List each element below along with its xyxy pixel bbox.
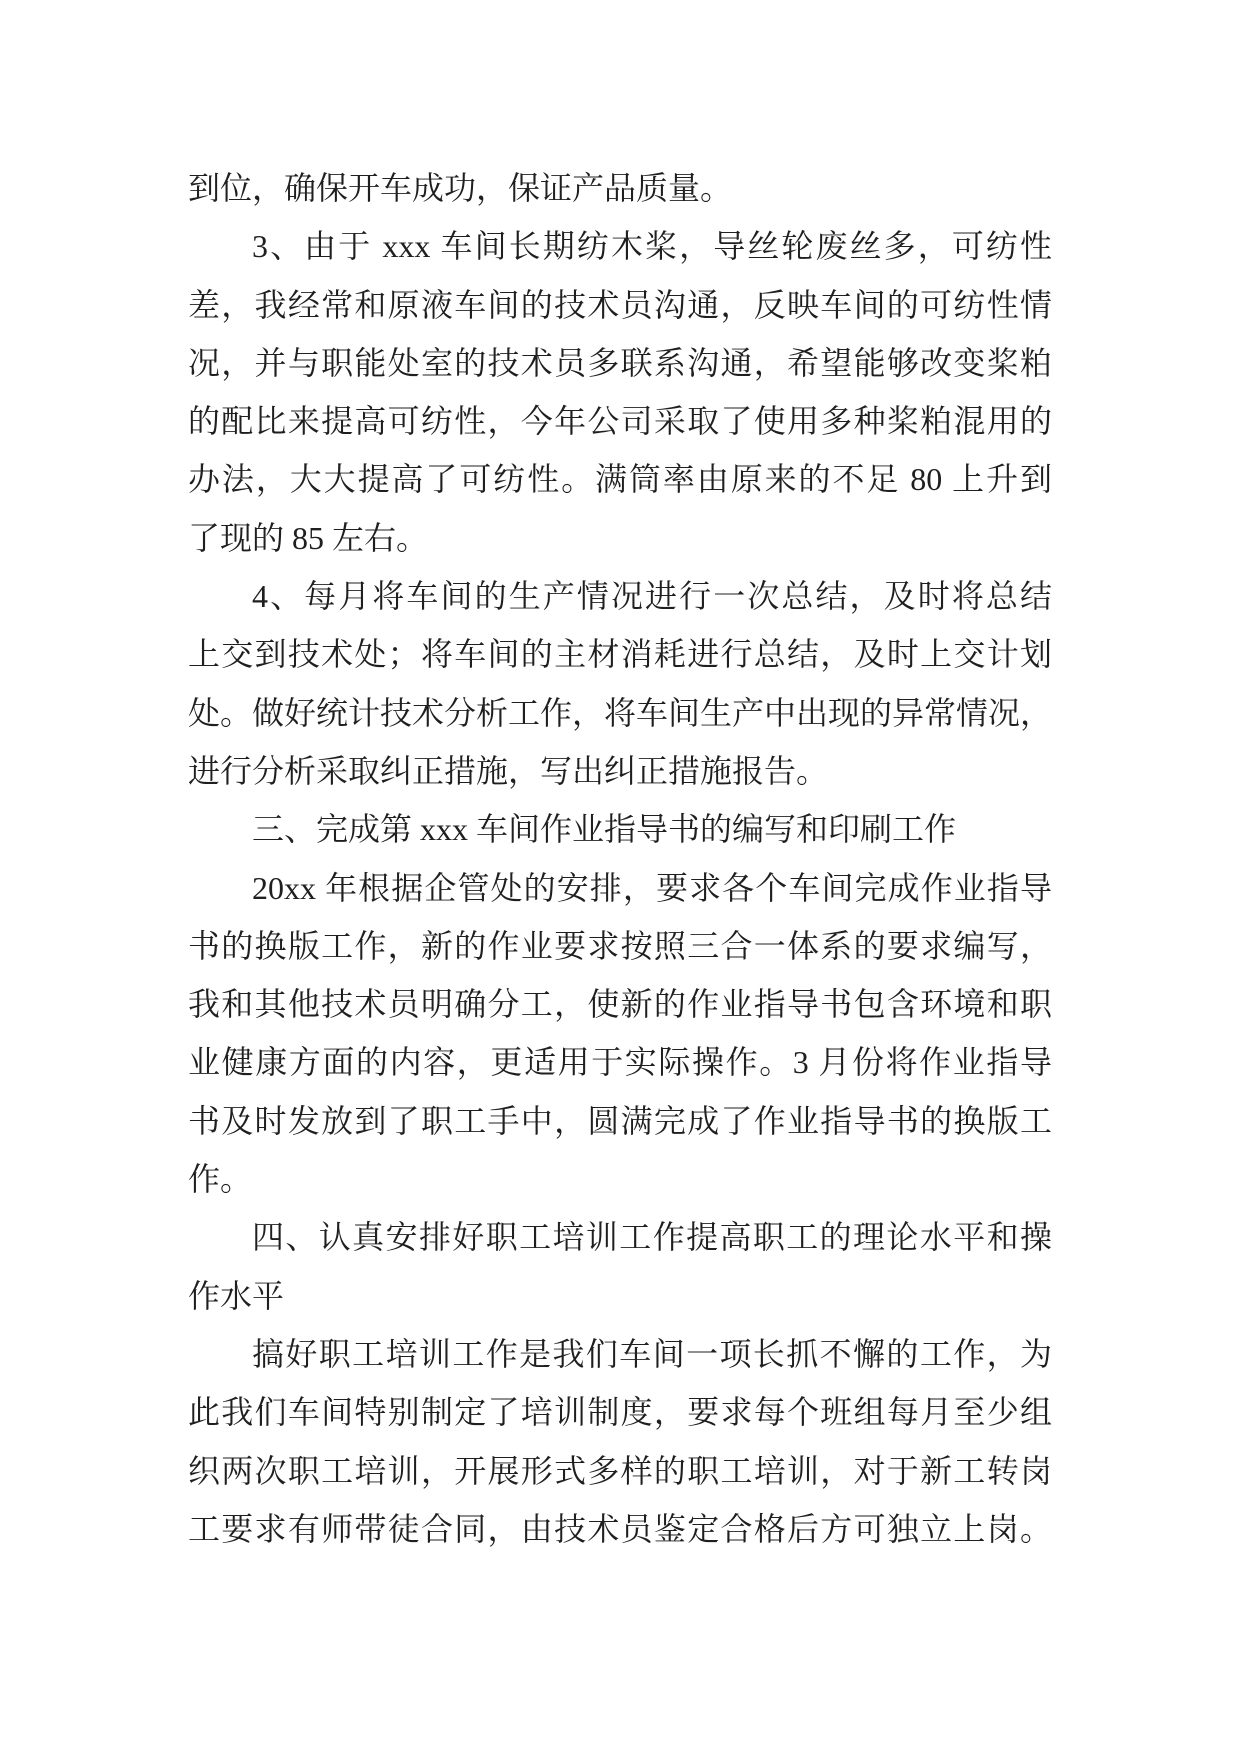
text-line: 20xx 年根据企管处的安排，要求各个车间完成作业指导 bbox=[188, 859, 1052, 917]
text-line: 的配比来提高可纺性，今年公司采取了使用多种桨粕混用的 bbox=[188, 392, 1052, 450]
text-line: 进行分析采取纠正措施，写出纠正措施报告。 bbox=[188, 742, 1052, 800]
text-line: 书及时发放到了职工手中，圆满完成了作业指导书的换版工 bbox=[188, 1092, 1052, 1150]
text-line: 工要求有师带徒合同，由技术员鉴定合格后方可独立上岗。 bbox=[188, 1500, 1052, 1558]
text-line: 此我们车间特别制定了培训制度，要求每个班组每月至少组 bbox=[188, 1383, 1052, 1441]
text-line: 差，我经常和原液车间的技术员沟通，反映车间的可纺性情 bbox=[188, 276, 1052, 334]
text-line: 况，并与职能处室的技术员多联系沟通，希望能够改变桨粕 bbox=[188, 334, 1052, 392]
text-line: 作水平 bbox=[188, 1267, 1052, 1325]
text-line: 4、每月将车间的生产情况进行一次总结，及时将总结 bbox=[188, 567, 1052, 625]
text-line: 办法，大大提高了可纺性。满筒率由原来的不足 80 上升到 bbox=[188, 450, 1052, 508]
text-line: 3、由于 xxx 车间长期纺木桨，导丝轮废丝多，可纺性 bbox=[188, 217, 1052, 275]
text-line section-heading: 四、认真安排好职工培训工作提高职工的理论水平和操 bbox=[188, 1208, 1052, 1266]
text-line section-heading: 三、完成第 xxx 车间作业指导书的编写和印刷工作 bbox=[188, 800, 1052, 858]
text-line: 处。做好统计技术分析工作，将车间生产中出现的异常情况， bbox=[188, 684, 1052, 742]
text-line: 上交到技术处；将车间的主材消耗进行总结，及时上交计划 bbox=[188, 625, 1052, 683]
text-line: 织两次职工培训，开展形式多样的职工培训，对于新工转岗 bbox=[188, 1442, 1052, 1500]
document-page: 到位，确保开车成功，保证产品质量。 3、由于 xxx 车间长期纺木桨，导丝轮废丝… bbox=[0, 0, 1241, 1754]
text-line: 书的换版工作，新的作业要求按照三合一体系的要求编写， bbox=[188, 917, 1052, 975]
text-line: 作。 bbox=[188, 1150, 1052, 1208]
text-line: 搞好职工培训工作是我们车间一项长抓不懈的工作，为 bbox=[188, 1325, 1052, 1383]
text-line: 了现的 85 左右。 bbox=[188, 509, 1052, 567]
text-line: 我和其他技术员明确分工，使新的作业指导书包含环境和职 bbox=[188, 975, 1052, 1033]
document-body: 到位，确保开车成功，保证产品质量。 3、由于 xxx 车间长期纺木桨，导丝轮废丝… bbox=[188, 159, 1052, 1558]
text-line: 到位，确保开车成功，保证产品质量。 bbox=[188, 159, 1052, 217]
text-line: 业健康方面的内容，更适用于实际操作。3 月份将作业指导 bbox=[188, 1033, 1052, 1091]
